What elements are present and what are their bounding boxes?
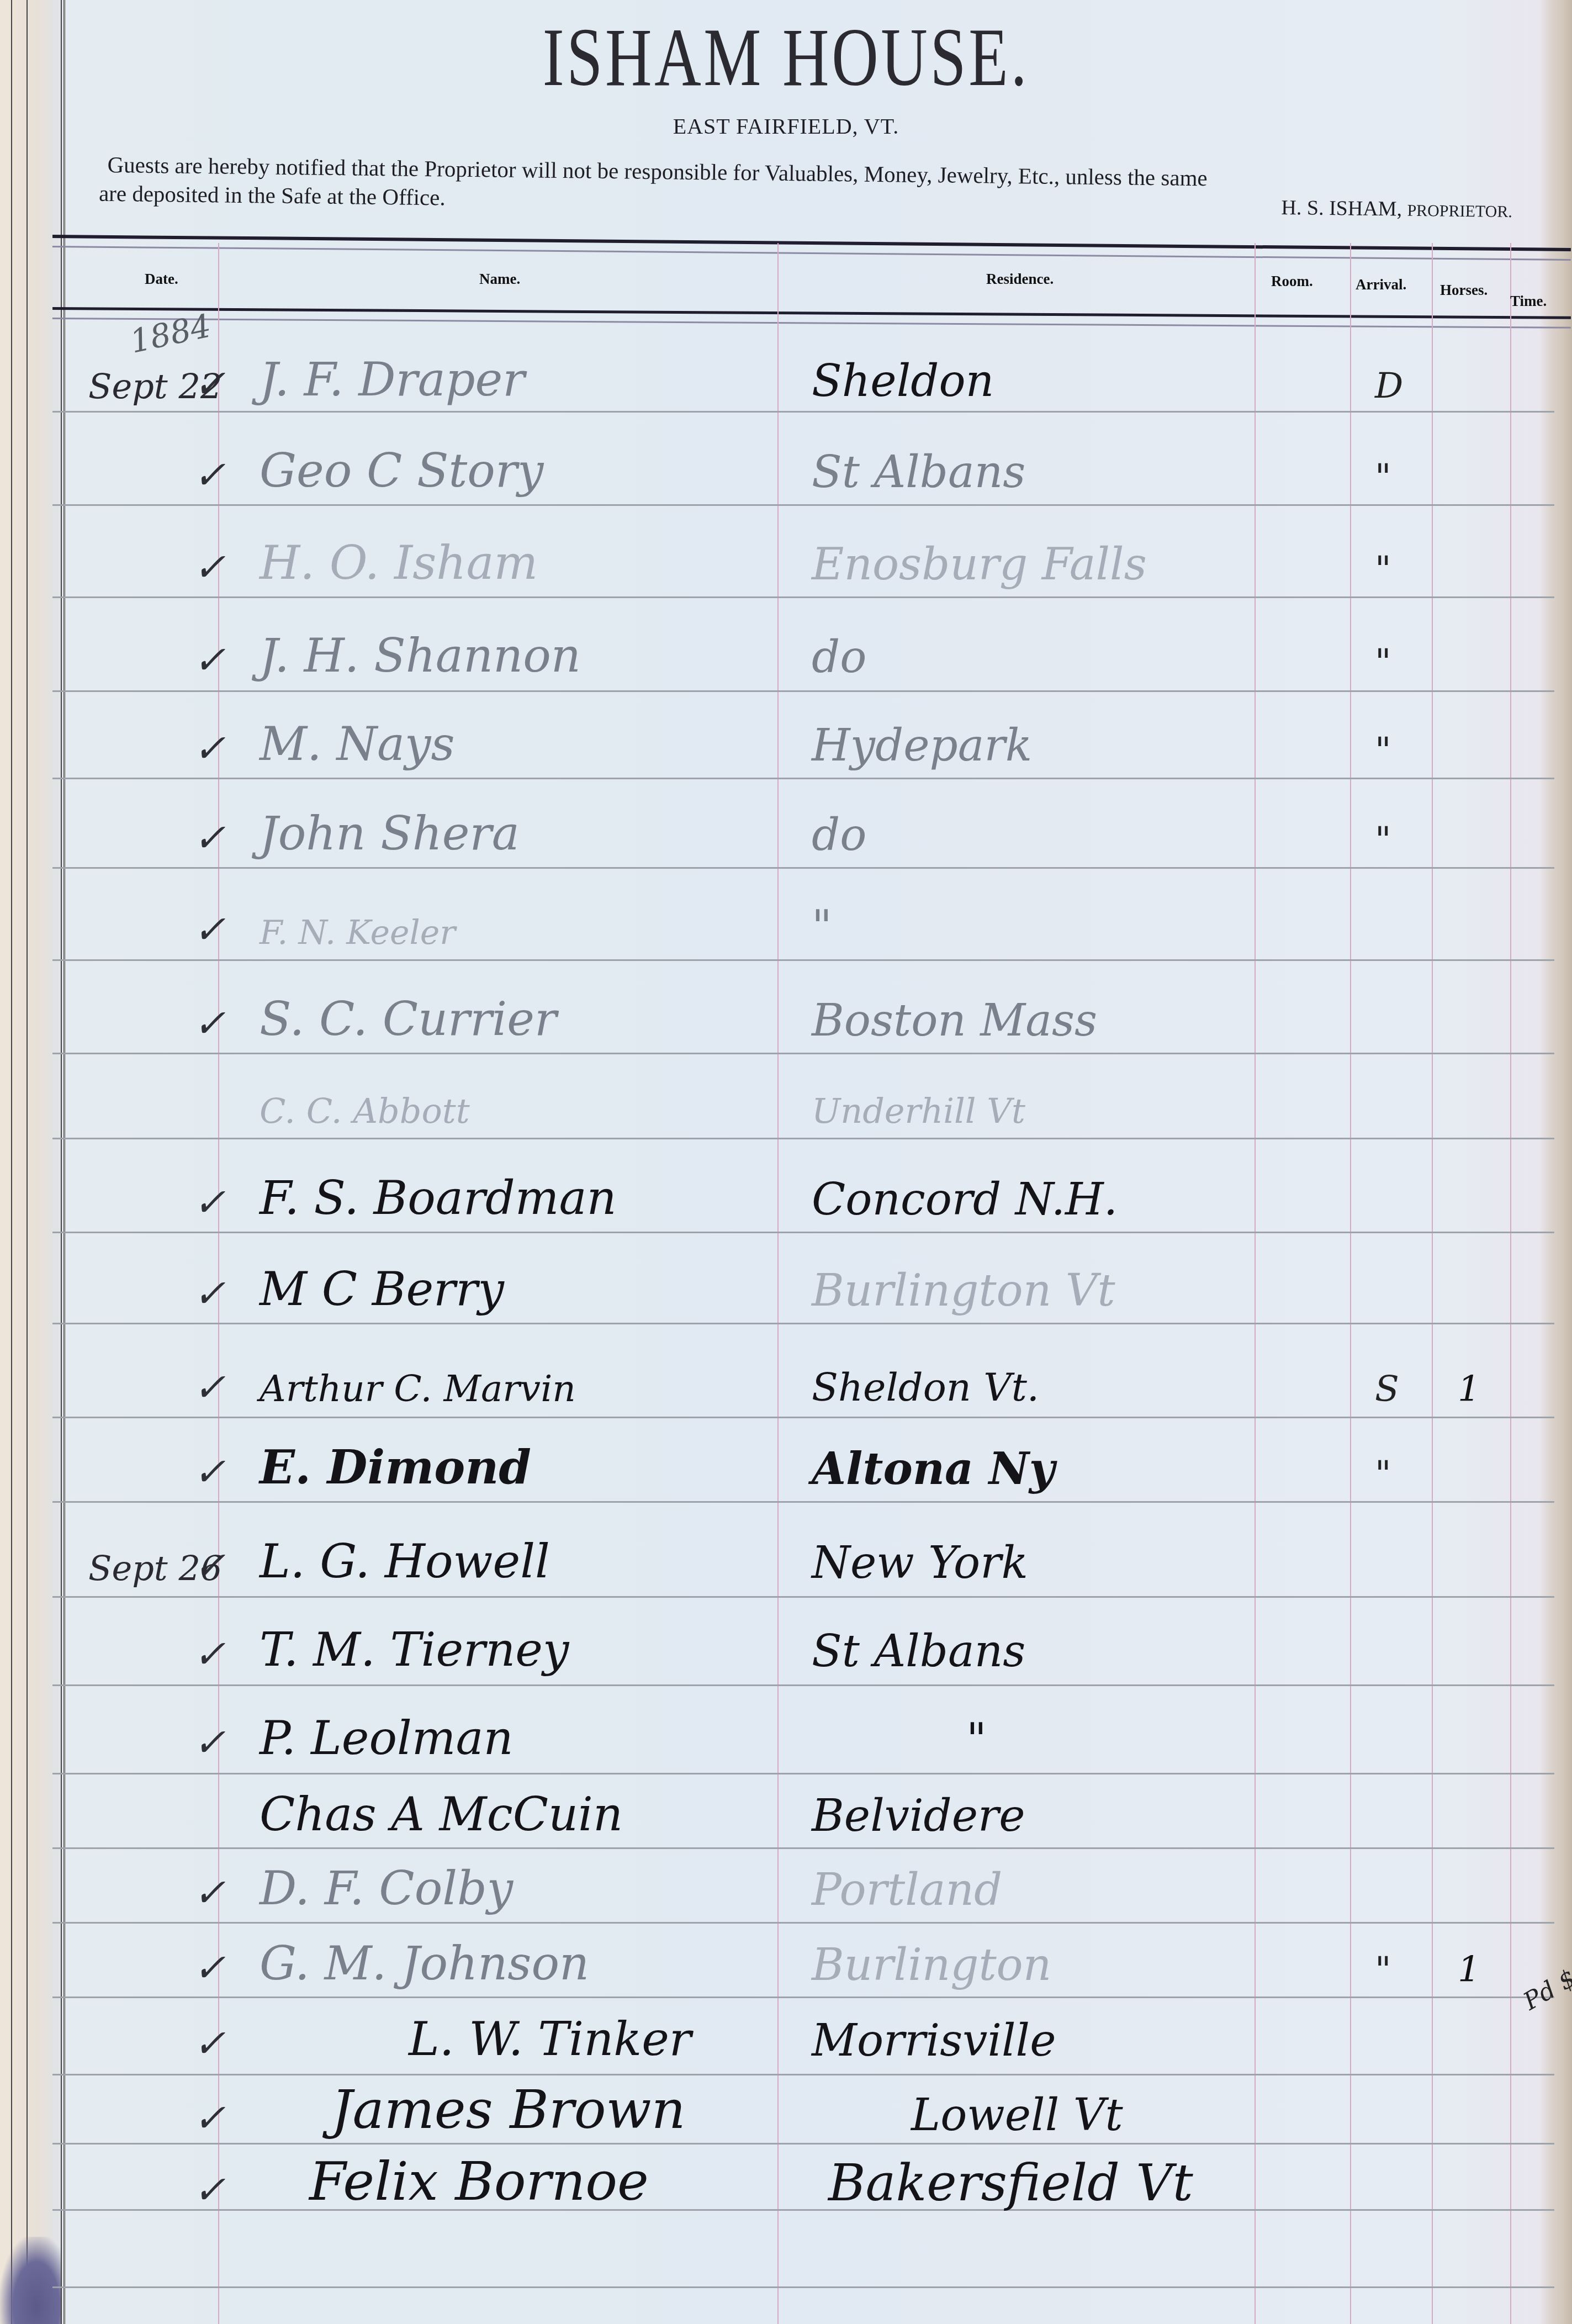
arrival-mark: ": [1375, 1950, 1391, 1990]
register-row: ✓ L. W. Tinker Morrisville: [0, 2013, 1572, 2074]
guest-residence: Sheldon: [812, 355, 994, 406]
guest-residence: Underhill Vt: [812, 1091, 1025, 1131]
guest-name: H. O. Isham: [260, 536, 538, 590]
ink-stain: [0, 2237, 61, 2324]
check-mark-icon: ✓: [193, 1180, 226, 1225]
check-mark-icon: ✓: [193, 726, 226, 771]
register-row: ✓ D. F. Colby Portland: [0, 1862, 1572, 1923]
guest-residence: Enosburg Falls: [812, 538, 1147, 590]
register-row: ✓ Arthur C. Marvin Sheldon Vt. S 1: [0, 1357, 1572, 1418]
guest-name: F. N. Keeler: [260, 913, 456, 952]
guest-name: F. S. Boardman: [260, 1171, 617, 1225]
check-mark-icon: ✓: [193, 1001, 226, 1046]
arrival-mark: ": [1375, 457, 1391, 498]
register-row: ✓ M. Nays Hydepark ": [0, 718, 1572, 779]
check-mark-icon: ✓: [193, 815, 226, 860]
check-mark-icon: ✓: [193, 1271, 226, 1316]
register-row: ✓ F. N. Keeler ": [0, 899, 1572, 960]
check-mark-icon: ✓: [193, 1631, 226, 1677]
check-mark-icon: ✓: [193, 452, 226, 498]
notice-line-2: are deposited in the Safe at the Office.: [99, 179, 446, 214]
column-header-date: Date.: [145, 271, 178, 288]
guest-name: Arthur C. Marvin: [260, 1367, 576, 1410]
guest-name: G. M. Johnson: [260, 1936, 589, 1990]
notice-block: Guests are hereby notified that the Prop…: [107, 150, 1543, 227]
column-header-room: Room.: [1271, 273, 1313, 290]
check-mark-icon: ✓: [193, 545, 226, 590]
guest-name: P. Leolman: [260, 1711, 514, 1765]
check-mark-icon: ✓: [193, 637, 226, 683]
entry-date: Sept 26: [88, 1548, 222, 1588]
guest-name: M C Berry: [260, 1262, 504, 1316]
guest-residence: St Albans: [812, 1625, 1025, 1677]
guest-name: James Brown: [331, 2079, 686, 2141]
check-mark-icon: ✓: [193, 2167, 226, 2212]
guest-residence: Bakersfield Vt: [828, 2153, 1193, 2212]
arrival-mark: ": [1375, 642, 1391, 683]
guest-residence: Altona Ny: [812, 1443, 1055, 1494]
page-title: ISHAM HOUSE.: [173, 10, 1399, 105]
arrival-mark: ": [1375, 1454, 1391, 1494]
guest-name: E. Dimond: [260, 1440, 531, 1494]
guest-name: Geo C Story: [260, 443, 544, 498]
check-mark-icon: ✓: [193, 2095, 226, 2141]
register-row: ✓ John Shera do ": [0, 807, 1572, 868]
register-row: ✓ Sept 22 J. F. Draper Sheldon D: [0, 353, 1572, 414]
guest-residence: New York: [812, 1537, 1028, 1588]
guest-name: S. C. Currier: [260, 992, 557, 1046]
guest-name: D. F. Colby: [260, 1861, 513, 1915]
guest-residence: Lowell Vt: [911, 2089, 1123, 2141]
guest-name: Felix Bornoe: [309, 2151, 649, 2212]
header-band-bottom: [52, 307, 1571, 329]
guest-residence: Burlington Vt: [812, 1265, 1115, 1316]
arrival-mark: S: [1375, 1369, 1399, 1410]
arrival-mark: ": [1375, 549, 1391, 590]
guest-name: L. G. Howell: [260, 1534, 550, 1588]
guest-residence: do: [812, 809, 866, 860]
header-band-top: [52, 235, 1571, 261]
check-mark-icon: ✓: [193, 1870, 226, 1915]
guest-residence: Portland: [812, 1864, 1002, 1915]
register-row: ✓ S. C. Currier Boston Mass: [0, 993, 1572, 1054]
arrival-mark: ": [1375, 730, 1391, 771]
check-mark-icon: ✓: [193, 2021, 226, 2066]
register-row: ✓ E. Dimond Altona Ny ": [0, 1441, 1572, 1502]
proprietor-title: PROPRIETOR.: [1407, 202, 1512, 221]
guest-residence: Concord N.H.: [812, 1174, 1118, 1225]
guest-name: L. W. Tinker: [409, 2012, 691, 2066]
check-mark-icon: ✓: [193, 1365, 226, 1410]
check-mark-icon: ✓: [193, 907, 226, 952]
column-header-arrival: Arrival.: [1356, 276, 1406, 293]
check-mark-icon: ✓: [193, 1720, 226, 1765]
guest-residence: Belvidere: [812, 1790, 1025, 1841]
guest-name: John Shera: [260, 806, 520, 860]
register-row: Chas A McCuin Belvidere: [0, 1788, 1572, 1849]
register-row: C. C. Abbott Underhill Vt: [0, 1078, 1572, 1139]
register-row: ✓ P. Leolman ": [0, 1712, 1572, 1773]
guest-name: Chas A McCuin: [260, 1787, 623, 1841]
guest-name: J. F. Draper: [260, 352, 525, 406]
arrival-mark: ": [1375, 820, 1391, 860]
proprietor-name: H. S. ISHAM,: [1281, 196, 1402, 221]
horses-count: 1: [1458, 1950, 1480, 1990]
guest-name: M. Nays: [260, 717, 455, 771]
guest-name: C. C. Abbott: [260, 1091, 470, 1131]
register-page: ISHAM HOUSE. EAST FAIRFIELD, VT. Guests …: [0, 0, 1572, 2324]
guest-name: J. H. Shannon: [260, 628, 581, 683]
register-row: ✓ Felix Bornoe Bakersfield Vt: [0, 2159, 1572, 2220]
guest-residence: Burlington: [812, 1939, 1051, 1990]
guest-residence: Morrisville: [812, 2015, 1056, 2066]
register-row: ✓ F. S. Boardman Concord N.H.: [0, 1172, 1572, 1233]
guest-residence: ": [812, 901, 832, 952]
register-row: ✓ J. H. Shannon do ": [0, 630, 1572, 690]
register-row: ✓ Sept 26 L. G. Howell New York: [0, 1535, 1572, 1596]
register-row: ✓ G. M. Johnson Burlington " 1 Pd $2.25: [0, 1937, 1572, 1998]
register-row: ✓ H. O. Isham Enosburg Falls ": [0, 537, 1572, 598]
location-subtitle: EAST FAIRFIELD, VT.: [0, 113, 1572, 139]
horses-count: 1: [1458, 1369, 1480, 1410]
check-mark-icon: ✓: [193, 1449, 226, 1494]
guest-residence: ": [966, 1714, 987, 1765]
column-header-horses: Horses.: [1440, 282, 1488, 299]
guest-residence: Boston Mass: [812, 995, 1097, 1046]
register-row: ✓ T. M. Tierney St Albans: [0, 1624, 1572, 1684]
guest-residence: Hydepark: [812, 720, 1032, 771]
guest-residence: St Albans: [812, 446, 1025, 498]
arrival-mark: D: [1375, 366, 1403, 406]
register-row: ✓ James Brown Lowell Vt: [0, 2088, 1572, 2148]
check-mark-icon: ✓: [193, 1945, 226, 1990]
guest-residence: Sheldon Vt.: [812, 1365, 1039, 1410]
register-row: ✓ Geo C Story St Albans ": [0, 445, 1572, 505]
column-header-name: Name.: [479, 271, 520, 288]
entry-date: Sept 22: [88, 366, 222, 406]
proprietor-signature: H. S. ISHAM, PROPRIETOR.: [1281, 193, 1512, 226]
guest-name: T. M. Tierney: [260, 1623, 569, 1677]
column-header-residence: Residence.: [986, 271, 1054, 288]
guest-residence: do: [812, 631, 866, 683]
column-header-time: Time.: [1510, 293, 1547, 310]
register-row: ✓ M C Berry Burlington Vt: [0, 1263, 1572, 1324]
